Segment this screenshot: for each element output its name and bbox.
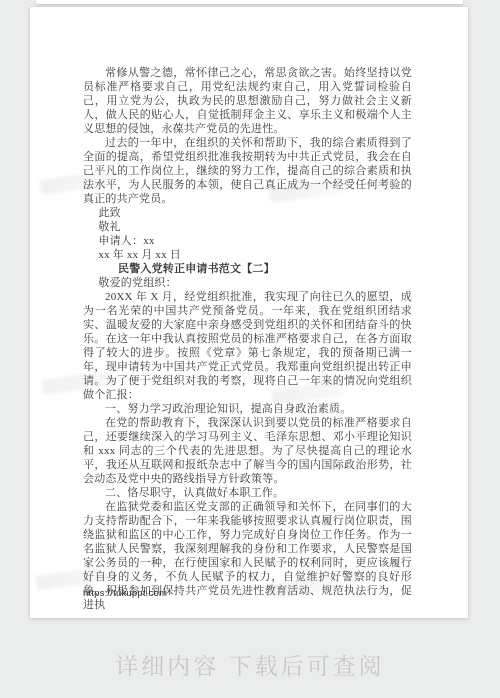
body-paragraph: 常修从警之德，常怀律己之心，常思贪欲之害。始终坚持以党员标准严格要求自己，用党纪…: [83, 66, 412, 136]
source-url: https://tukuppt.com: [83, 588, 167, 599]
salute-line: 敬礼: [83, 220, 412, 234]
section-heading: 一、努力学习政治理论知识，提高自身政治素质。: [83, 402, 412, 416]
document-page: 常修从警之德，常怀律己之心，常思贪欲之害。始终坚持以党员标准严格要求自己，用党纪…: [30, 7, 468, 618]
body-paragraph: 过去的一年中，在组织的关怀和帮助下，我的综合素质得到了全面的提高，希望党组织批准…: [83, 136, 412, 206]
body-paragraph: 在党的帮助教育下，我深深认识到要以党员的标准严格要求自己，还要继续深入的学习马列…: [83, 416, 412, 486]
footer-note: 详细内容 下载后可查阅: [0, 648, 500, 681]
closing-line: 此致: [83, 206, 412, 220]
body-paragraph: 20XX 年 X 月，经党组织批准，我实现了向往已久的愿望，成为一名光荣的中国共…: [83, 290, 412, 402]
date-line: xx 年 xx 月 xx 日: [83, 248, 412, 262]
previous-page-edge: [36, 0, 463, 4]
document-content: 常修从警之德，常怀律己之心，常思贪欲之害。始终坚持以党员标准严格要求自己，用党纪…: [83, 66, 412, 612]
section-heading: 二、恪尽职守，认真做好本职工作。: [83, 486, 412, 500]
document-title: 民警入党转正申请书范文【二】: [83, 262, 412, 276]
signature-line: 申请人：xx: [83, 234, 412, 248]
preview-background: 常修从警之德，常怀律己之心，常思贪欲之害。始终坚持以党员标准严格要求自己，用党纪…: [0, 0, 500, 698]
salutation: 敬爱的党组织：: [83, 276, 412, 290]
